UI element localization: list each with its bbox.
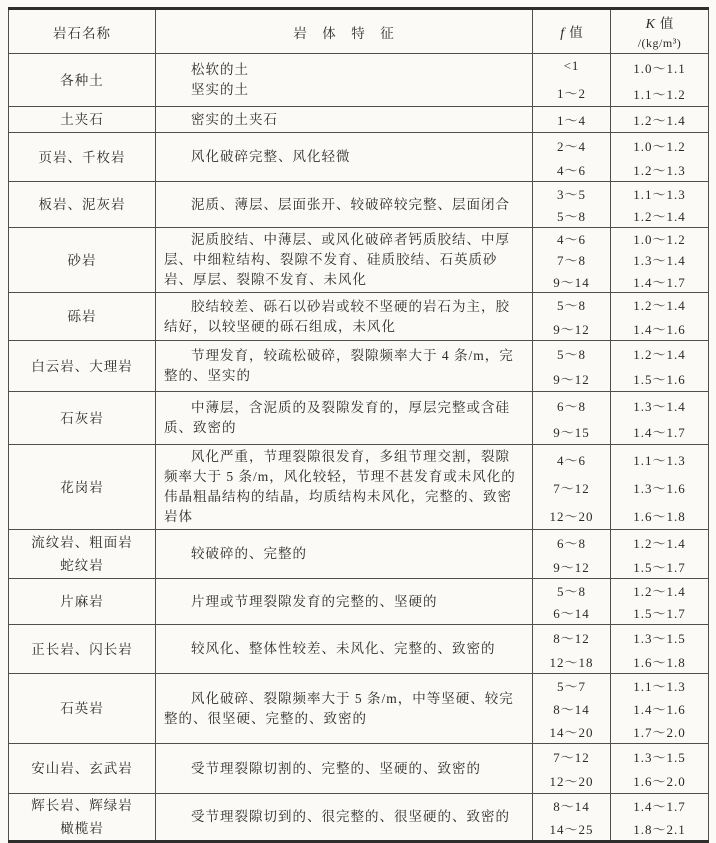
rock-name-cell: 辉长岩、辉绿岩橄榄岩 [9, 794, 156, 842]
rock-name-line: 板岩、泥灰岩 [9, 193, 155, 216]
f-value-cell: 5～78～1414～20 [533, 674, 611, 744]
k-values: 1.1～1.31.2～1.4 [611, 182, 708, 227]
f-values: 4～67～1212～20 [533, 445, 610, 529]
f-value-cell: 5～86～14 [533, 579, 611, 625]
k-value: 1.5～1.7 [633, 603, 686, 622]
k-values: 1.2～1.41.5～1.6 [611, 341, 708, 391]
f-value: 4～6 [557, 229, 586, 248]
features-lines: 密实的土夹石 [156, 107, 532, 132]
header-row: 岩石名称 岩 体 特 征 f值 K值 /(kg/m³) [9, 9, 709, 54]
header-k-value: K值 /(kg/m³) [611, 9, 709, 54]
f-value: 9～12 [553, 557, 590, 576]
f-value: 9～12 [553, 319, 590, 338]
features-lines: 胶结较差、砾石以砂岩或较不坚硬的岩石为主，胶结好，以较坚硬的砾石组成，未风化 [156, 293, 532, 340]
f-value-cell: 7～1212～20 [533, 744, 611, 794]
rock-name-line: 各种土 [9, 69, 155, 92]
f-value: 7～12 [553, 747, 590, 766]
f-value: 4～6 [557, 450, 586, 469]
table-row: 板岩、泥灰岩泥质、薄层、层面张开、较破碎较完整、层面闭合3～55～81.1～1.… [9, 182, 709, 228]
features-cell: 胶结较差、砾石以砂岩或较不坚硬的岩石为主，胶结好，以较坚硬的砾石组成，未风化 [156, 293, 533, 341]
rock-name-cell: 白云岩、大理岩 [9, 341, 156, 392]
f-values: 5～89～12 [533, 341, 610, 391]
k-value: 1.4～1.7 [633, 272, 686, 291]
rock-name-line: 片麻岩 [9, 590, 155, 613]
features-cell: 泥质、薄层、层面张开、较破碎较完整、层面闭合 [156, 182, 533, 228]
k-value-cell: 1.2～1.41.5～1.7 [611, 579, 709, 625]
k-values: 1.0～1.11.1～1.2 [611, 54, 708, 106]
f-value: 8～12 [553, 628, 590, 647]
k-unit: /(kg/m³) [611, 36, 708, 51]
feature-line: 泥质胶结、中薄层、或风化破碎者钙质胶结、中厚层、中细粒结构、裂隙不发育、硅质胶结… [164, 230, 520, 290]
features-lines: 受节理裂隙切割的、完整的、坚硬的、致密的 [156, 744, 532, 793]
rock-name-cell: 土夹石 [9, 107, 156, 133]
k-value: 1.2～1.3 [633, 160, 686, 179]
f-value-cell: 1～4 [533, 107, 611, 133]
rock-blasting-table: 岩石名称 岩 体 特 征 f值 K值 /(kg/m³) 各种土松软的土坚实的土<… [8, 7, 709, 843]
f-values: 8～1414～25 [533, 794, 610, 840]
k-value: 1.6～1.8 [633, 652, 686, 671]
feature-line: 坚实的土 [164, 80, 520, 100]
k-value-cell: 1.0～1.21.2～1.3 [611, 133, 709, 182]
rock-name-cell: 石英岩 [9, 674, 156, 744]
k-value-cell: 1.0～1.21.3～1.41.4～1.7 [611, 228, 709, 293]
f-value: 2～4 [557, 136, 586, 155]
rock-name-line: 安山岩、玄武岩 [9, 757, 155, 780]
k-value: 1.0～1.2 [633, 136, 686, 155]
k-value: 1.0～1.1 [633, 58, 686, 77]
feature-line: 受节理裂隙切到的、很完整的、很坚硬的、致密的 [164, 807, 520, 827]
k-values: 1.2～1.41.5～1.7 [611, 579, 708, 624]
feature-line: 较风化、整体性较差、未风化、完整的、致密的 [164, 639, 520, 659]
rock-name-cell: 安山岩、玄武岩 [9, 744, 156, 794]
k-value: 1.6～1.8 [633, 506, 686, 525]
table-row: 片麻岩片理或节理裂隙发育的完整的、坚硬的5～86～141.2～1.41.5～1.… [9, 579, 709, 625]
k-value: 1.4～1.7 [633, 796, 686, 815]
k-value: 1.3～1.4 [633, 396, 686, 415]
k-values: 1.0～1.21.2～1.3 [611, 133, 708, 181]
f-value: 1～4 [557, 110, 586, 129]
f-value: 9～15 [553, 422, 590, 441]
rock-name-cell: 各种土 [9, 54, 156, 107]
features-lines: 风化破碎、裂隙频率大于 5 条/m，中等坚硬、较完整的、很坚硬、完整的、致密的 [156, 674, 532, 743]
k-value-cell: 1.3～1.51.6～1.8 [611, 625, 709, 674]
feature-line: 节理发育，较疏松破碎，裂隙频率大于 4 条/m，完整的、坚实的 [164, 346, 520, 386]
f-values: 2～44～6 [533, 133, 610, 181]
table-row: 安山岩、玄武岩受节理裂隙切割的、完整的、坚硬的、致密的7～1212～201.3～… [9, 744, 709, 794]
f-value: 3～5 [557, 184, 586, 203]
f-value: 9～14 [553, 272, 590, 291]
features-lines: 风化破碎完整、风化轻微 [156, 133, 532, 181]
header-rock-mass-features: 岩 体 特 征 [156, 9, 533, 54]
rock-name-line: 石英岩 [9, 697, 155, 720]
feature-line: 泥质、薄层、层面张开、较破碎较完整、层面闭合 [164, 195, 520, 215]
k-values: 1.3～1.51.6～1.8 [611, 625, 708, 673]
k-values: 1.1～1.31.3～1.61.6～1.8 [611, 445, 708, 529]
f-value: 1～2 [557, 83, 586, 102]
k-value: 1.2～1.4 [633, 295, 686, 314]
f-value: 7～12 [553, 478, 590, 497]
k-values: 1.2～1.4 [611, 107, 708, 132]
rock-name-line: 正长岩、闪长岩 [9, 638, 155, 661]
f-value-cell: 8～1212～18 [533, 625, 611, 674]
k-values: 1.3～1.41.4～1.7 [611, 392, 708, 444]
f-value-cell: 5～89～12 [533, 293, 611, 341]
features-cell: 片理或节理裂隙发育的完整的、坚硬的 [156, 579, 533, 625]
features-lines: 泥质胶结、中薄层、或风化破碎者钙质胶结、中厚层、中细粒结构、裂隙不发育、硅质胶结… [156, 228, 532, 292]
table-row: 石灰岩中薄层，含泥质的及裂隙发育的，厚层完整或含硅质、致密的6～89～151.3… [9, 392, 709, 445]
rock-name-cell: 砾岩 [9, 293, 156, 341]
f-value-cell: 4～67～89～14 [533, 228, 611, 293]
k-value-cell: 1.1～1.31.2～1.4 [611, 182, 709, 228]
f-value-cell: 8～1414～25 [533, 794, 611, 842]
f-value: 12～20 [549, 506, 593, 525]
f-value: 5～8 [557, 295, 586, 314]
table-row: 土夹石密实的土夹石1～41.2～1.4 [9, 107, 709, 133]
k-values: 1.2～1.41.4～1.6 [611, 293, 708, 340]
rock-name-line: 辉长岩、辉绿岩 [9, 794, 155, 817]
rock-name-line: 砂岩 [9, 249, 155, 272]
features-lines: 松软的土坚实的土 [156, 54, 532, 106]
rock-name-line: 页岩、千枚岩 [9, 146, 155, 169]
features-cell: 受节理裂隙切割的、完整的、坚硬的、致密的 [156, 744, 533, 794]
table-row: 白云岩、大理岩节理发育，较疏松破碎，裂隙频率大于 4 条/m，完整的、坚实的5～… [9, 341, 709, 392]
rock-name-cell: 页岩、千枚岩 [9, 133, 156, 182]
feature-line: 胶结较差、砾石以砂岩或较不坚硬的岩石为主，胶结好，以较坚硬的砾石组成，未风化 [164, 297, 520, 337]
feature-line: 密实的土夹石 [164, 110, 520, 130]
f-value: 8～14 [553, 796, 590, 815]
f-values: 3～55～8 [533, 182, 610, 227]
f-value-cell: 2～44～6 [533, 133, 611, 182]
rock-name-cell: 砂岩 [9, 228, 156, 293]
f-values: 5～78～1414～20 [533, 674, 610, 743]
f-values: 7～1212～20 [533, 744, 610, 793]
features-lines: 较风化、整体性较差、未风化、完整的、致密的 [156, 625, 532, 673]
f-values: 4～67～89～14 [533, 228, 610, 292]
k-values: 1.3～1.51.6～2.0 [611, 744, 708, 793]
f-value-cell: 6～89～12 [533, 530, 611, 579]
feature-line: 松软的土 [164, 60, 520, 80]
header-rock-name: 岩石名称 [9, 9, 156, 54]
table-row: 砾岩胶结较差、砾石以砂岩或较不坚硬的岩石为主，胶结好，以较坚硬的砾石组成，未风化… [9, 293, 709, 341]
k-values: 1.2～1.41.5～1.7 [611, 530, 708, 578]
rock-name-cell: 板岩、泥灰岩 [9, 182, 156, 228]
feature-line: 风化破碎、裂隙频率大于 5 条/m，中等坚硬、较完整的、很坚硬、完整的、致密的 [164, 689, 520, 729]
k-value: 1.0～1.2 [633, 229, 686, 248]
k-value: 1.2～1.4 [633, 533, 686, 552]
features-lines: 受节理裂隙切到的、很完整的、很坚硬的、致密的 [156, 794, 532, 840]
f-value: <1 [564, 58, 580, 74]
features-cell: 中薄层，含泥质的及裂隙发育的，厚层完整或含硅质、致密的 [156, 392, 533, 445]
f-value: 5～8 [557, 206, 586, 225]
f-value: 12～20 [549, 771, 593, 790]
rock-name-line: 橄榄岩 [9, 817, 155, 840]
k-title: K值 [611, 12, 708, 33]
f-value: 4～6 [557, 160, 586, 179]
table-row: 流纹岩、粗面岩蛇纹岩较破碎的、完整的6～89～121.2～1.41.5～1.7 [9, 530, 709, 579]
k-value-cell: 1.4～1.71.8～2.1 [611, 794, 709, 842]
rock-name-line: 砾岩 [9, 305, 155, 328]
table-row: 花岗岩风化严重，节理裂隙很发育，多组节理交割，裂隙频率大于 5 条/m，风化较轻… [9, 445, 709, 530]
f-values: 8～1212～18 [533, 625, 610, 673]
k-label: 值 [660, 16, 674, 31]
k-value: 1.2～1.4 [633, 581, 686, 600]
k-values: 1.0～1.21.3～1.41.4～1.7 [611, 228, 708, 292]
k-value: 1.5～1.7 [633, 557, 686, 576]
rock-name-cell: 流纹岩、粗面岩蛇纹岩 [9, 530, 156, 579]
k-value-cell: 1.0～1.11.1～1.2 [611, 54, 709, 107]
rock-name-cell: 花岗岩 [9, 445, 156, 530]
rock-name-line: 石灰岩 [9, 407, 155, 430]
table-body: 各种土松软的土坚实的土<11～21.0～1.11.1～1.2土夹石密实的土夹石1… [9, 54, 709, 842]
k-value: 1.4～1.6 [633, 699, 686, 718]
f-value-cell: <11～2 [533, 54, 611, 107]
k-value-cell: 1.2～1.4 [611, 107, 709, 133]
f-value: 5～8 [557, 344, 586, 363]
f-values: <11～2 [533, 54, 610, 106]
k-value: 1.8～2.1 [633, 819, 686, 838]
k-values: 1.1～1.31.4～1.61.7～2.0 [611, 674, 708, 743]
feature-line: 片理或节理裂隙发育的完整的、坚硬的 [164, 592, 520, 612]
f-value: 14～20 [549, 722, 593, 741]
k-value-cell: 1.3～1.41.4～1.7 [611, 392, 709, 445]
rock-name-cell: 正长岩、闪长岩 [9, 625, 156, 674]
rock-name-cell: 片麻岩 [9, 579, 156, 625]
k-value: 1.7～2.0 [633, 722, 686, 741]
header-f-value: f值 [533, 9, 611, 54]
f-value: 12～18 [549, 652, 593, 671]
features-lines: 节理发育，较疏松破碎，裂隙频率大于 4 条/m，完整的、坚实的 [156, 341, 532, 391]
k-value: 1.1～1.3 [633, 450, 686, 469]
f-value-cell: 4～67～1212～20 [533, 445, 611, 530]
features-cell: 松软的土坚实的土 [156, 54, 533, 107]
features-lines: 较破碎的、完整的 [156, 530, 532, 578]
f-value-cell: 6～89～15 [533, 392, 611, 445]
rock-name-line: 花岗岩 [9, 476, 155, 499]
features-cell: 较破碎的、完整的 [156, 530, 533, 579]
features-cell: 泥质胶结、中薄层、或风化破碎者钙质胶结、中厚层、中细粒结构、裂隙不发育、硅质胶结… [156, 228, 533, 293]
k-value-cell: 1.3～1.51.6～2.0 [611, 744, 709, 794]
f-value-cell: 5～89～12 [533, 341, 611, 392]
f-values: 5～86～14 [533, 579, 610, 624]
features-cell: 较风化、整体性较差、未风化、完整的、致密的 [156, 625, 533, 674]
document-page: 岩石名称 岩 体 特 征 f值 K值 /(kg/m³) 各种土松软的土坚实的土<… [0, 0, 716, 839]
features-cell: 风化破碎完整、风化轻微 [156, 133, 533, 182]
k-value: 1.5～1.6 [633, 369, 686, 388]
k-value: 1.2～1.4 [633, 344, 686, 363]
feature-line: 风化破碎完整、风化轻微 [164, 147, 520, 167]
features-cell: 密实的土夹石 [156, 107, 533, 133]
k-value: 1.1～1.3 [633, 676, 686, 695]
f-value: 6～8 [557, 533, 586, 552]
k-value-cell: 1.1～1.31.3～1.61.6～1.8 [611, 445, 709, 530]
k-value: 1.2～1.4 [633, 206, 686, 225]
f-value: 9～12 [553, 369, 590, 388]
k-values: 1.4～1.71.8～2.1 [611, 794, 708, 840]
f-value-cell: 3～55～8 [533, 182, 611, 228]
features-lines: 中薄层，含泥质的及裂隙发育的，厚层完整或含硅质、致密的 [156, 392, 532, 444]
f-values: 5～89～12 [533, 293, 610, 340]
table-row: 各种土松软的土坚实的土<11～21.0～1.11.1～1.2 [9, 54, 709, 107]
rock-name-cell: 石灰岩 [9, 392, 156, 445]
f-values: 1～4 [533, 107, 610, 132]
k-value: 1.6～2.0 [633, 771, 686, 790]
f-value: 8～14 [553, 699, 590, 718]
f-value: 7～8 [557, 250, 586, 269]
feature-line: 受节理裂隙切割的、完整的、坚硬的、致密的 [164, 759, 520, 779]
table-row: 页岩、千枚岩风化破碎完整、风化轻微2～44～61.0～1.21.2～1.3 [9, 133, 709, 182]
f-value: 5～7 [557, 676, 586, 695]
rock-name-line: 蛇纹岩 [9, 554, 155, 577]
k-value-cell: 1.2～1.41.5～1.6 [611, 341, 709, 392]
k-value: 1.1～1.2 [633, 84, 686, 103]
features-cell: 风化破碎、裂隙频率大于 5 条/m，中等坚硬、较完整的、很坚硬、完整的、致密的 [156, 674, 533, 744]
features-lines: 泥质、薄层、层面张开、较破碎较完整、层面闭合 [156, 182, 532, 227]
k-value: 1.4～1.6 [633, 319, 686, 338]
feature-line: 中薄层，含泥质的及裂隙发育的，厚层完整或含硅质、致密的 [164, 398, 520, 438]
features-cell: 节理发育，较疏松破碎，裂隙频率大于 4 条/m，完整的、坚实的 [156, 341, 533, 392]
features-lines: 风化严重，节理裂隙很发育，多组节理交割，裂隙频率大于 5 条/m，风化较轻，节理… [156, 445, 532, 529]
rock-name-line: 白云岩、大理岩 [9, 355, 155, 378]
f-value: 5～8 [557, 581, 586, 600]
k-value: 1.3～1.5 [633, 747, 686, 766]
k-value-cell: 1.2～1.41.5～1.7 [611, 530, 709, 579]
feature-line: 较破碎的、完整的 [164, 544, 520, 564]
rock-name-line: 土夹石 [9, 108, 155, 131]
table-row: 砂岩泥质胶结、中薄层、或风化破碎者钙质胶结、中厚层、中细粒结构、裂隙不发育、硅质… [9, 228, 709, 293]
k-value: 1.4～1.7 [633, 422, 686, 441]
k-value: 1.3～1.6 [633, 478, 686, 497]
table-row: 辉长岩、辉绿岩橄榄岩受节理裂隙切到的、很完整的、很坚硬的、致密的8～1414～2… [9, 794, 709, 842]
f-value: 14～25 [549, 819, 593, 838]
f-symbol: f [560, 26, 564, 41]
features-cell: 风化严重，节理裂隙很发育，多组节理交割，裂隙频率大于 5 条/m，风化较轻，节理… [156, 445, 533, 530]
feature-line: 风化严重，节理裂隙很发育，多组节理交割，裂隙频率大于 5 条/m，风化较轻，节理… [164, 447, 520, 527]
k-value: 1.1～1.3 [633, 184, 686, 203]
f-value: 6～8 [557, 396, 586, 415]
k-value-cell: 1.1～1.31.4～1.61.7～2.0 [611, 674, 709, 744]
rock-name-line: 流纹岩、粗面岩 [9, 531, 155, 554]
f-label: 值 [569, 25, 583, 40]
k-value: 1.2～1.4 [633, 110, 686, 129]
f-values: 6～89～12 [533, 530, 610, 578]
k-value-cell: 1.2～1.41.4～1.6 [611, 293, 709, 341]
features-cell: 受节理裂隙切到的、很完整的、很坚硬的、致密的 [156, 794, 533, 842]
table-row: 石英岩风化破碎、裂隙频率大于 5 条/m，中等坚硬、较完整的、很坚硬、完整的、致… [9, 674, 709, 744]
table-row: 正长岩、闪长岩较风化、整体性较差、未风化、完整的、致密的8～1212～181.3… [9, 625, 709, 674]
k-value: 1.3～1.5 [633, 628, 686, 647]
f-values: 6～89～15 [533, 392, 610, 444]
f-value: 6～14 [553, 603, 590, 622]
k-value: 1.3～1.4 [633, 250, 686, 269]
k-symbol: K [646, 17, 655, 32]
features-lines: 片理或节理裂隙发育的完整的、坚硬的 [156, 579, 532, 624]
